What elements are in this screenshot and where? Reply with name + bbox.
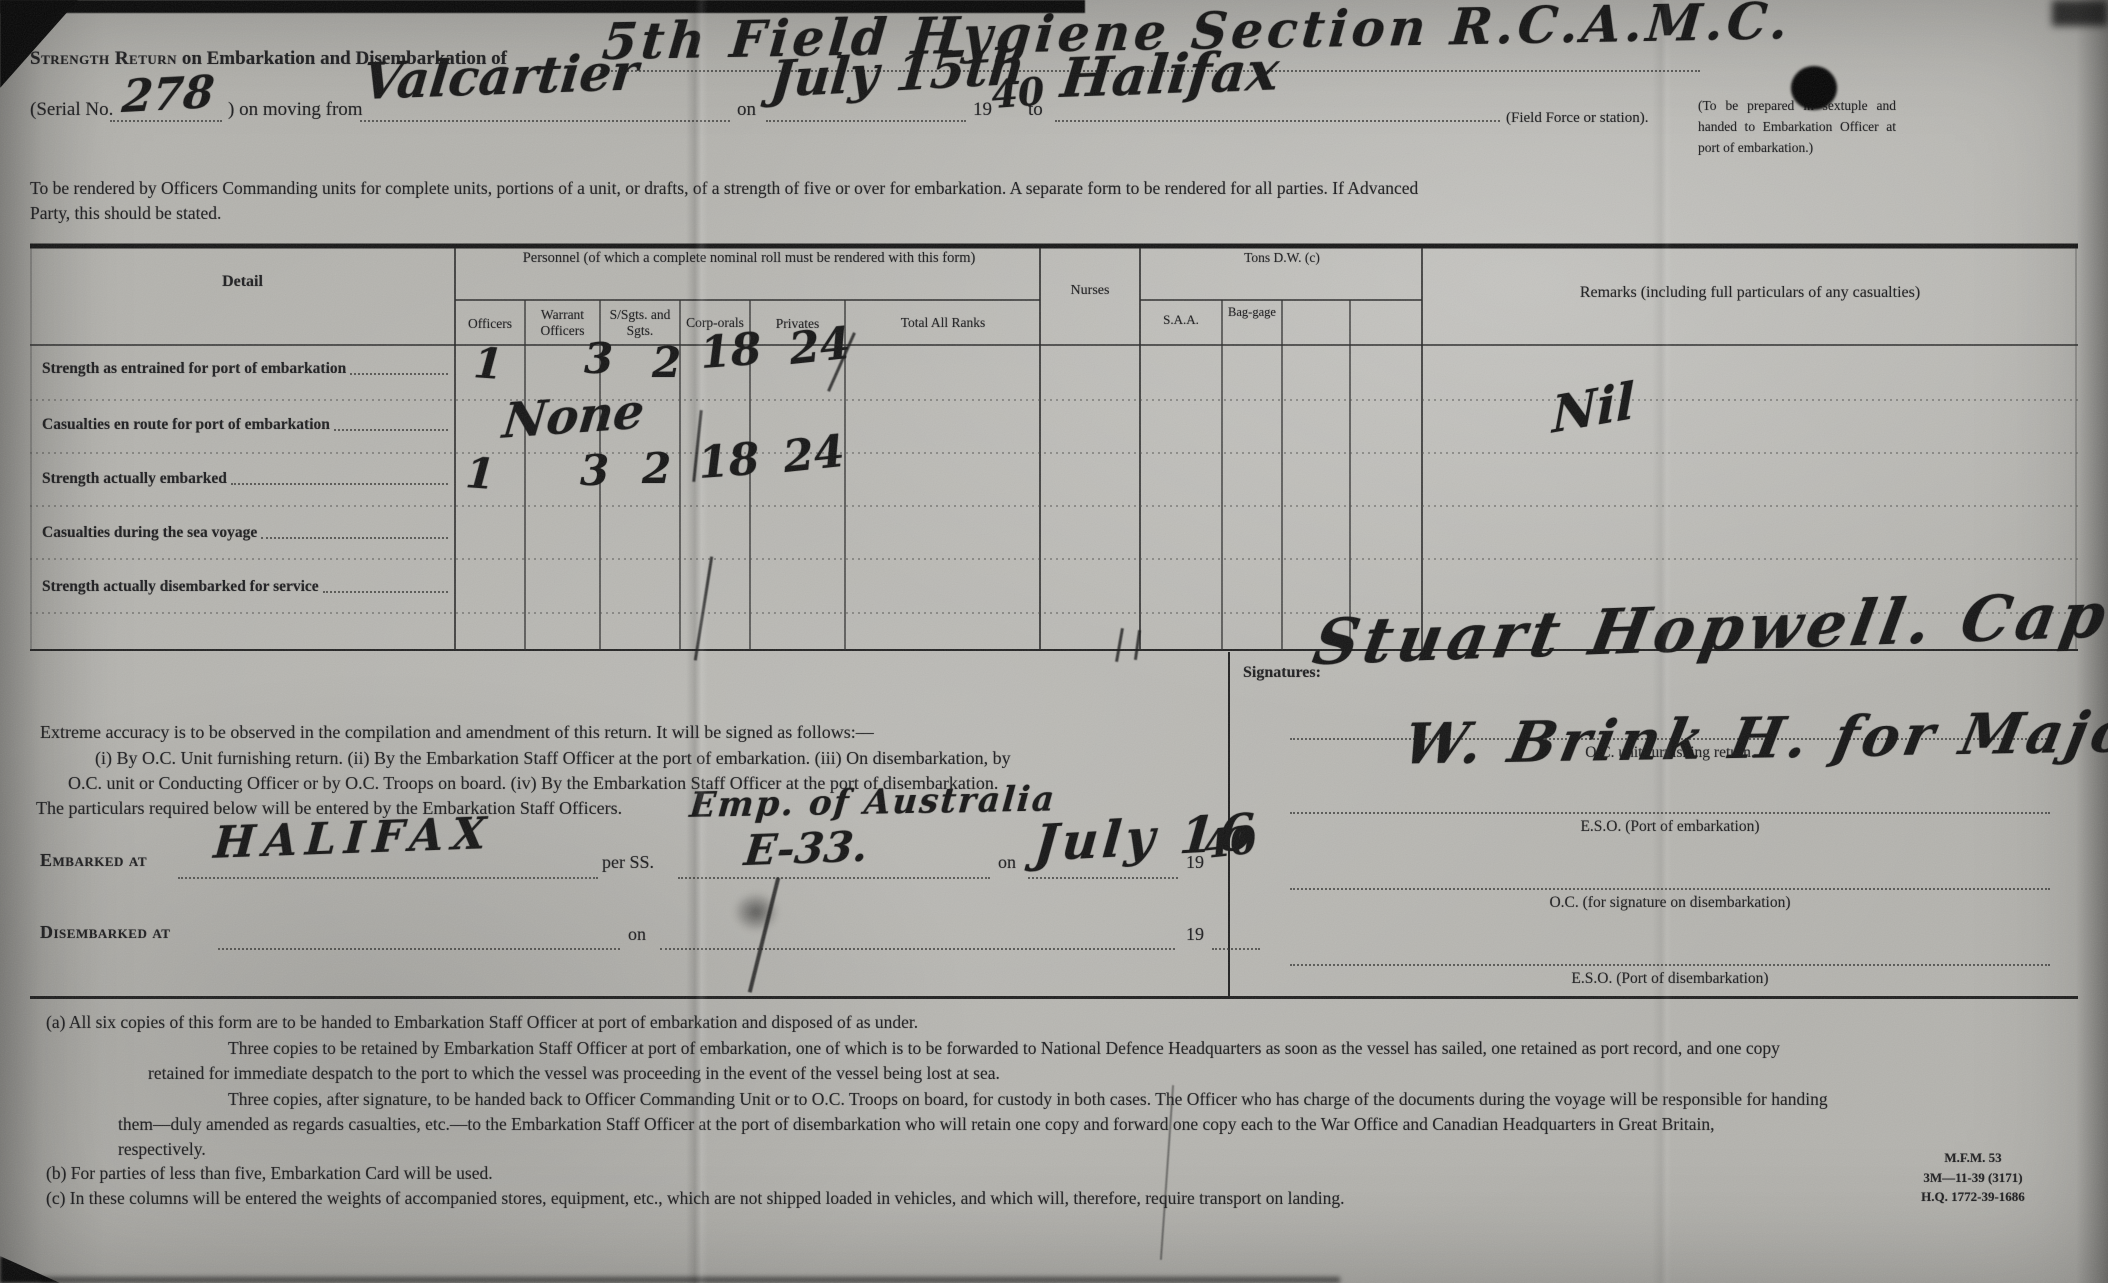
footnote-a-line4: Three copies, after signature, to be han… [228,1089,1828,1110]
embarked-place-leader [178,877,598,879]
row1-officers-value: 1 [472,338,505,389]
footnote-a-line1: (a) All six copies of this form are to b… [46,1012,918,1033]
year-handwritten: 40 [990,68,1046,117]
signature-line-2 [1290,812,2050,814]
row3-officers-value: 1 [464,448,497,499]
row1-corporals-value: 2 [652,338,681,387]
signature-caption-oc-disembark: O.C. (for signature on disembarkation) [1290,894,2050,912]
render-note-line1: To be rendered by Officers Commanding un… [30,178,1418,199]
accuracy-note-line1: Extreme accuracy is to be observed in th… [40,722,874,743]
embark-date-leader [1028,877,1178,879]
footnote-a-line6: respectively. [118,1139,206,1160]
scan-bottom-left-wedge [0,1256,60,1283]
signature-caption-eso-embark: E.S.O. (Port of embarkation) [1290,818,2050,836]
footnote-a-line5: them—duly amended as regards casualties,… [118,1114,1715,1135]
per-ss-label: per SS. [602,852,654,873]
ink-stroke [1160,1085,1174,1260]
footnote-c: (c) In these columns will be entered the… [46,1188,1344,1209]
ship-name-handwritten: Emp. of Australia [688,780,1058,826]
moving-from-label: ) on moving from [228,99,363,121]
form-title-smallcaps: Strength Return [30,48,177,69]
embark-year-handwritten: 40 [1201,817,1258,867]
row1-privates-value: 18 [698,324,763,379]
ship-code-handwritten: E-33. [742,821,870,875]
corner-instruction-note: (To be prepared in sextuple and handed t… [1698,96,1896,159]
row3-privates-value: 18 [696,434,761,489]
disembark-year-leader [1212,948,1260,950]
scan-bottom-edge-shadow [40,1277,1340,1283]
ink-smudge [733,892,779,932]
scan-top-left-wedge [0,0,78,88]
row3-ssgts-value: 3 [580,446,609,495]
row1-total-value: 24 [787,318,853,375]
form-code-1: M.F.M. 53 [1888,1148,2058,1168]
footnote-a-line2: Three copies to be retained by Embarkati… [228,1038,1780,1059]
from-place-handwritten: Valcartier [360,42,641,111]
serial-number-handwritten: 278 [120,67,216,123]
signature-line-3 [1290,888,2050,890]
serial-label: (Serial No. [30,99,113,121]
ship-leader [678,877,990,879]
disembarked-place-leader [218,948,620,950]
signature-caption-eso-disembark: E.S.O. (Port of disembarkation) [1290,970,2050,988]
ink-stroke [748,877,780,992]
embarked-place-handwritten: HALIFAX [212,808,496,869]
scan-top-right-smudge [2052,0,2108,26]
bottom-section-rule [30,996,2078,999]
row3-total-value: 24 [781,426,847,483]
accuracy-note-line2: (i) By O.C. Unit furnishing return. (ii)… [95,748,1011,769]
form-code-3: H.Q. 1772-39-1686 [1888,1187,2058,1207]
on-label: on [737,99,756,121]
year-printed: 19 [973,99,992,121]
from-leader [360,120,730,122]
row1-ssgts-value: 3 [584,334,613,383]
dest-leader [1055,120,1500,122]
disembarked-on-label: on [628,924,646,945]
station-label: (Field Force or station). [1506,110,1648,127]
signature-eso-handwritten: W. Brink H. for Major [1398,698,2108,778]
form-code-block: M.F.M. 53 3M—11-39 (3171) H.Q. 1772-39-1… [1888,1148,2058,1207]
signature-line-4 [1290,964,2050,966]
embarked-on-label: on [998,852,1016,873]
footnote-a-line3: retained for immediate despatch to the p… [148,1063,1000,1084]
row3-corporals-value: 2 [642,444,671,493]
form-code-2: 3M—11-39 (3171) [1888,1168,2058,1188]
date-leader [766,120,966,122]
row2-none-value: None [500,384,647,450]
footnote-b: (b) For parties of less than five, Embar… [46,1163,493,1184]
embarked-at-label: Embarked at [40,850,147,871]
disembark-year-printed: 19 [1186,924,1204,945]
disembark-date-leader [660,948,1175,950]
scanned-form-page: Strength Return on Embarkation and Disem… [0,0,2108,1283]
disembarked-at-label: Disembarked at [40,922,170,943]
destination-handwritten: Halifax [1058,38,1282,110]
render-note-line2: Party, this should be stated. [30,203,221,224]
